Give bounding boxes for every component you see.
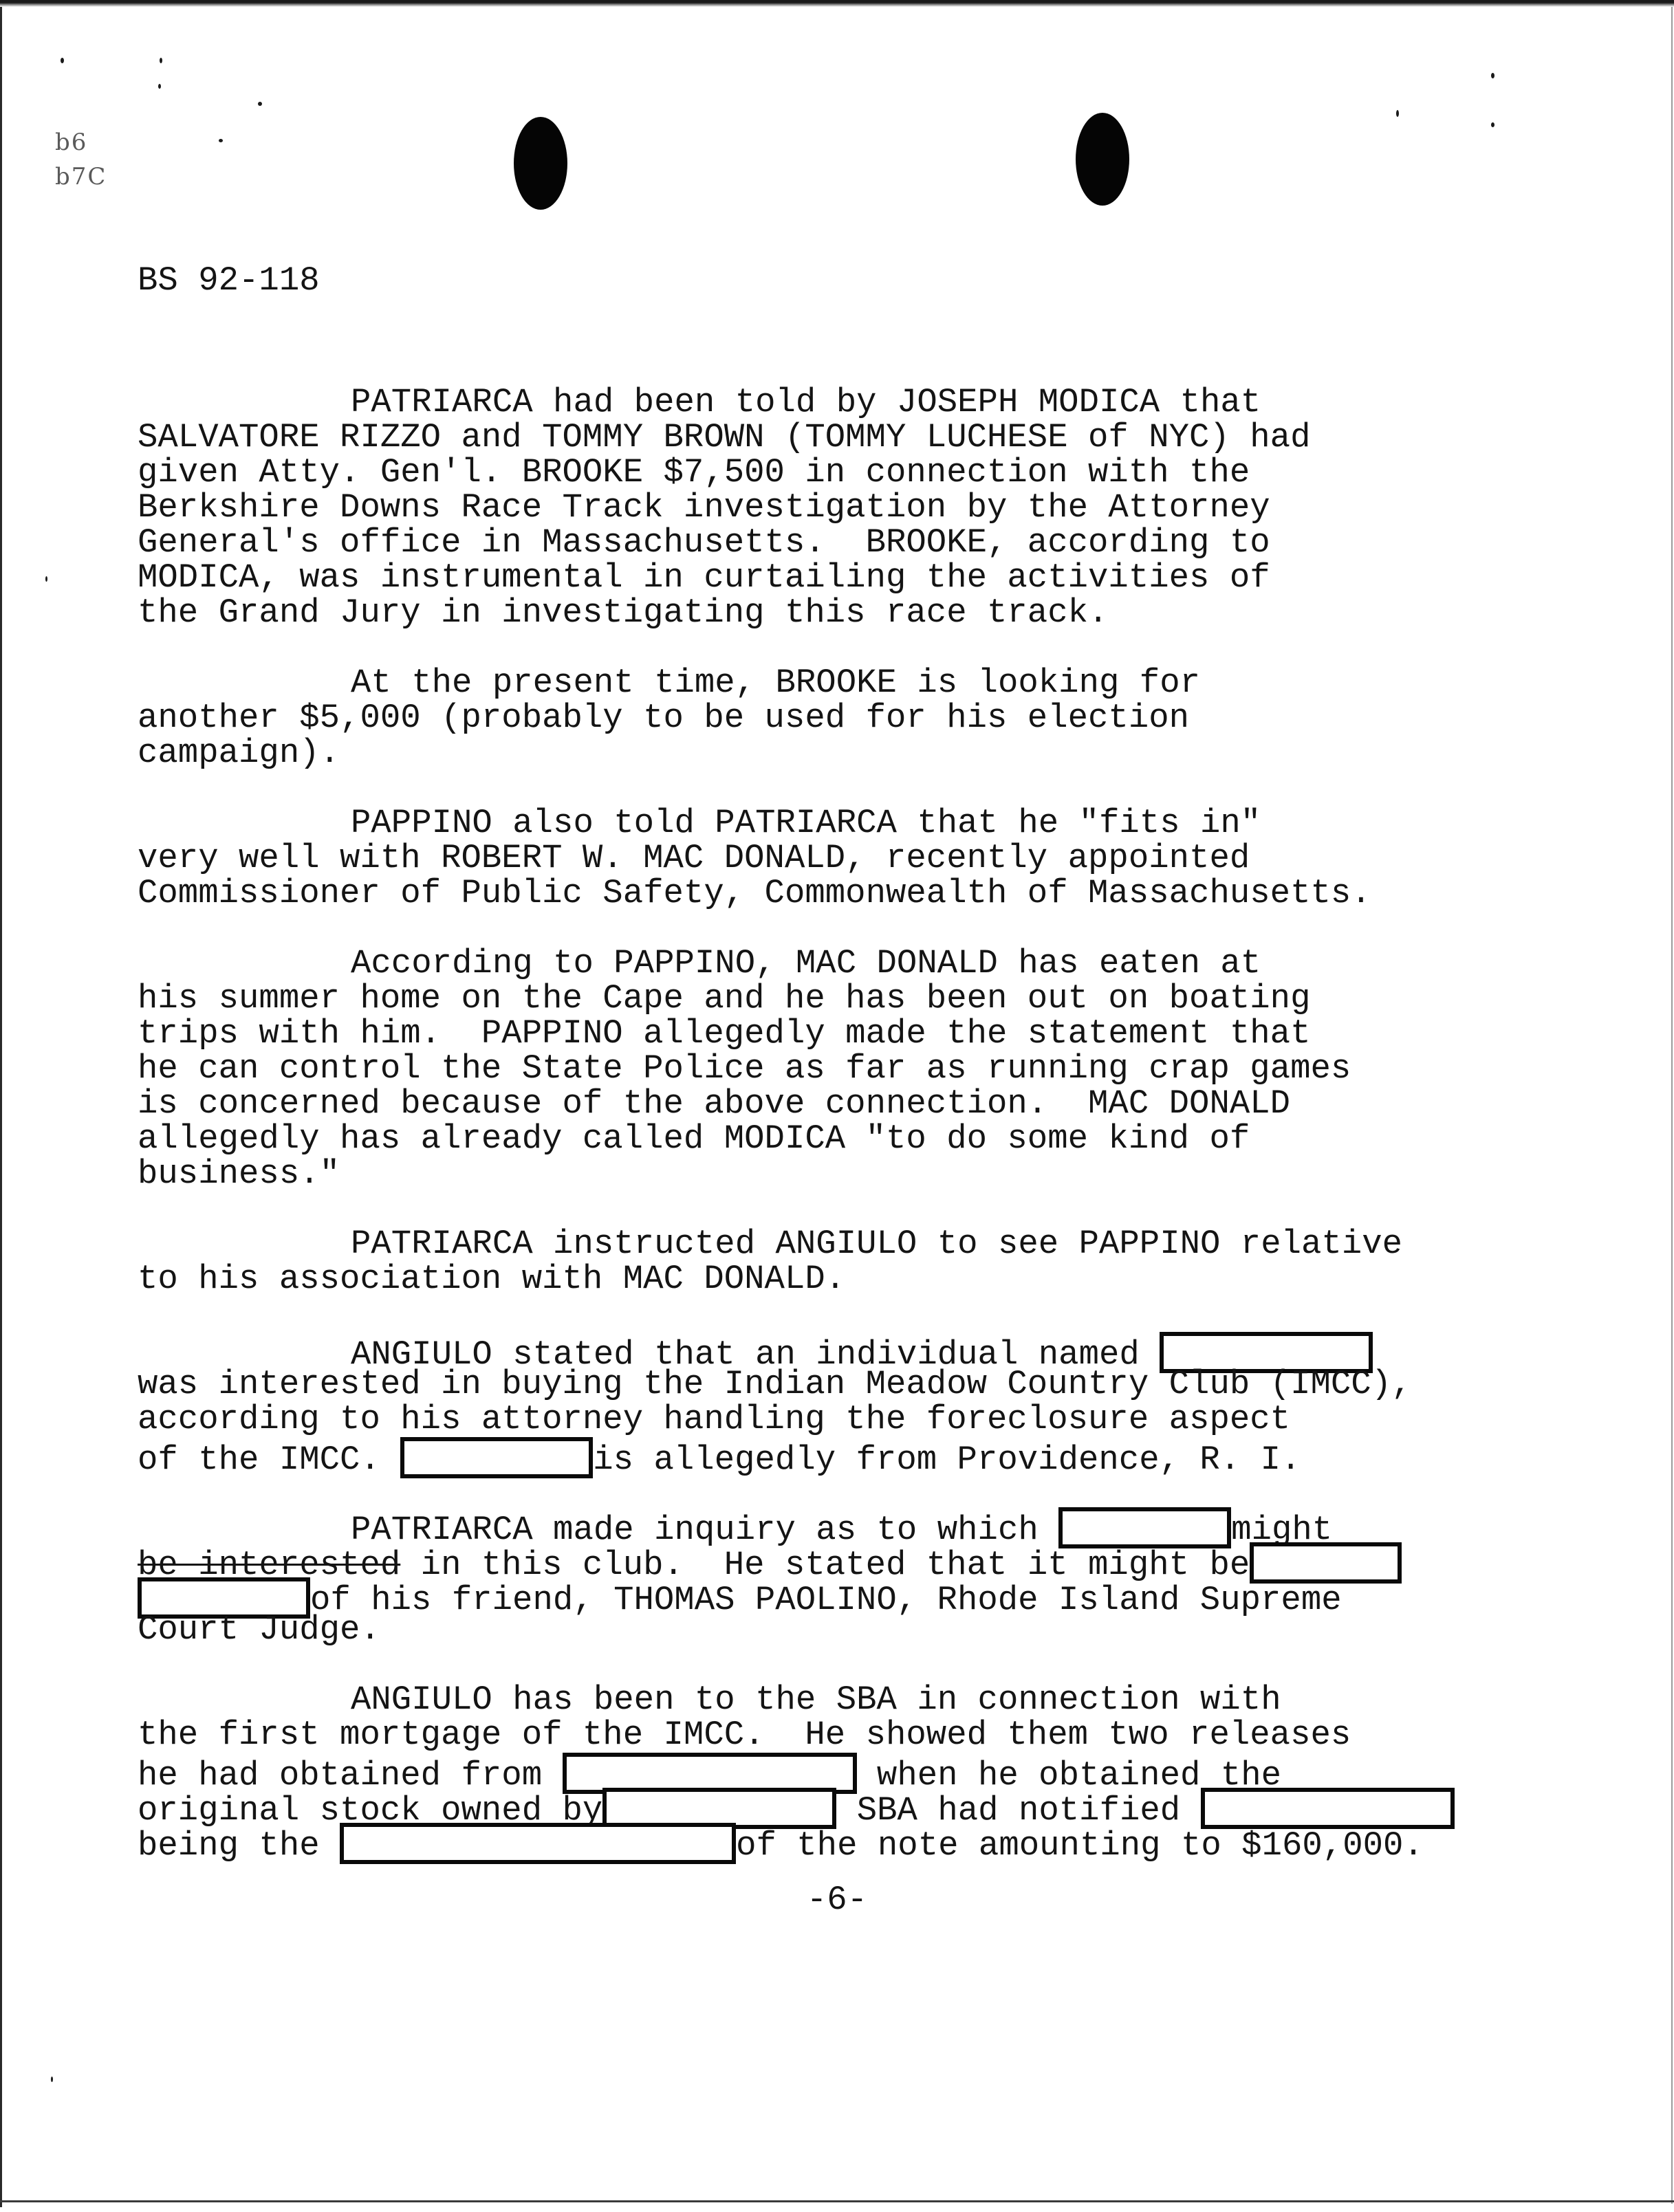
scan-speck (1491, 122, 1494, 127)
text-segment: is concerned because of the above connec… (138, 1084, 1290, 1123)
text-segment: the first mortgage of the IMCC. He showe… (138, 1716, 1351, 1754)
text-segment: being the (138, 1826, 340, 1865)
scan-speck (61, 58, 64, 63)
text-line: According to PAPPINO, MAC DONALD has eat… (351, 946, 1261, 981)
text-segment: to his association with MAC DONALD. (138, 1260, 845, 1298)
text-segment: Berkshire Downs Race Track investigation… (138, 488, 1270, 527)
text-line: he had obtained from when he obtained th… (138, 1753, 1281, 1788)
text-segment: the Grand Jury in investigating this rac… (138, 593, 1108, 632)
text-segment: very well with ROBERT W. MAC DONALD, rec… (138, 839, 1250, 877)
text-segment: PATRIARCA instructed ANGIULO to see PAPP… (351, 1225, 1402, 1263)
scan-speck (160, 58, 162, 63)
text-line: PATRIARCA made inquiry as to which might (351, 1507, 1332, 1542)
scan-speck (1491, 73, 1494, 78)
text-line: was interested in buying the Indian Mead… (138, 1367, 1412, 1402)
document-page: b6 b7C BS 92-118 PATRIARCA had been told… (0, 0, 1674, 2212)
text-line: to his association with MAC DONALD. (138, 1262, 845, 1297)
text-line: very well with ROBERT W. MAC DONALD, rec… (138, 841, 1250, 876)
text-segment: according to his attorney handling the f… (138, 1400, 1290, 1438)
text-line: campaign). (138, 736, 340, 771)
exemption-code-b6: b6 (55, 129, 87, 156)
text-segment: is allegedly from Providence, R. I. (593, 1441, 1301, 1479)
text-line: the Grand Jury in investigating this rac… (138, 595, 1108, 631)
page-number: -6- (0, 1881, 1674, 1919)
text-segment: another $5,000 (probably to be used for … (138, 699, 1189, 737)
text-line: his summer home on the Cape and he has b… (138, 981, 1310, 1016)
text-line: another $5,000 (probably to be used for … (138, 701, 1189, 736)
scan-speck (1396, 110, 1399, 117)
text-line: Berkshire Downs Race Track investigation… (138, 490, 1270, 525)
text-segment: MODICA, was instrumental in curtailing t… (138, 558, 1270, 597)
scan-edge-bottom (0, 2200, 1674, 2202)
scan-edge-right (1671, 7, 1673, 2204)
text-line: At the present time, BROOKE is looking f… (351, 666, 1200, 701)
text-segment: was interested in buying the Indian Mead… (138, 1365, 1412, 1403)
text-segment: business." (138, 1154, 340, 1193)
file-number: BS 92-118 (138, 261, 320, 300)
scan-edge-left (0, 7, 2, 2207)
text-segment: of the IMCC. (138, 1441, 400, 1479)
text-line: allegedly has already called MODICA "to … (138, 1121, 1250, 1157)
text-segment: his summer home on the Cape and he has b… (138, 979, 1310, 1018)
text-segment: trips with him. PAPPINO allegedly made t… (138, 1014, 1310, 1053)
redaction-box (400, 1437, 593, 1478)
redaction-box (340, 1823, 736, 1864)
text-line: original stock owned by SBA had notified (138, 1788, 1455, 1823)
scan-speck (219, 139, 223, 142)
text-line: of the IMCC. is allegedly from Providenc… (138, 1437, 1301, 1472)
text-line: being the of the note amounting to $160,… (138, 1823, 1424, 1858)
text-segment: Commissioner of Public Safety, Commonwea… (138, 874, 1371, 912)
scan-speck (258, 102, 262, 106)
text-line: be interested in this club. He stated th… (138, 1542, 1402, 1577)
text-line: of his friend, THOMAS PAOLINO, Rhode Isl… (138, 1577, 1342, 1612)
text-line: ANGIULO stated that an individual named (351, 1332, 1373, 1367)
scan-speck (158, 84, 161, 89)
text-line: SALVATORE RIZZO and TOMMY BROWN (TOMMY L… (138, 420, 1310, 455)
text-segment: given Atty. Gen'l. BROOKE $7,500 in conn… (138, 453, 1250, 492)
punch-hole-right (1076, 113, 1129, 206)
text-line: MODICA, was instrumental in curtailing t… (138, 560, 1270, 595)
text-line: PATRIARCA had been told by JOSEPH MODICA… (351, 385, 1261, 420)
text-segment: of the note amounting to $160,000. (736, 1826, 1424, 1865)
text-segment: ANGIULO has been to the SBA in connectio… (351, 1680, 1281, 1719)
scan-speck (51, 2077, 53, 2082)
text-segment: At the present time, BROOKE is looking f… (351, 664, 1200, 702)
text-line: trips with him. PAPPINO allegedly made t… (138, 1016, 1310, 1051)
text-line: General's office in Massachusetts. BROOK… (138, 525, 1270, 560)
text-line: he can control the State Police as far a… (138, 1051, 1351, 1086)
exemption-code-b7c: b7C (55, 163, 107, 190)
text-line: ANGIULO has been to the SBA in connectio… (351, 1683, 1281, 1718)
text-segment: SALVATORE RIZZO and TOMMY BROWN (TOMMY L… (138, 418, 1310, 457)
text-segment: PAPPINO also told PATRIARCA that he "fit… (351, 804, 1261, 842)
text-line: business." (138, 1157, 340, 1192)
text-segment: General's office in Massachusetts. BROOK… (138, 523, 1270, 562)
text-line: is concerned because of the above connec… (138, 1086, 1290, 1121)
text-line: PATRIARCA instructed ANGIULO to see PAPP… (351, 1227, 1402, 1262)
text-line: given Atty. Gen'l. BROOKE $7,500 in conn… (138, 455, 1250, 490)
text-line: according to his attorney handling the f… (138, 1402, 1290, 1437)
text-line: Court Judge. (138, 1612, 380, 1647)
text-segment: According to PAPPINO, MAC DONALD has eat… (351, 944, 1261, 983)
text-segment: PATRIARCA had been told by JOSEPH MODICA… (351, 383, 1261, 421)
text-segment: of his friend, THOMAS PAOLINO, Rhode Isl… (310, 1581, 1342, 1619)
text-line: the first mortgage of the IMCC. He showe… (138, 1718, 1351, 1753)
scan-edge-top (0, 0, 1674, 7)
text-segment: allegedly has already called MODICA "to … (138, 1119, 1250, 1158)
text-line: Commissioner of Public Safety, Commonwea… (138, 876, 1371, 911)
text-segment: campaign). (138, 734, 340, 772)
text-segment: he can control the State Police as far a… (138, 1049, 1351, 1088)
text-line: PAPPINO also told PATRIARCA that he "fit… (351, 806, 1261, 841)
text-segment: Court Judge. (138, 1610, 380, 1649)
scan-speck (45, 576, 47, 582)
punch-hole-left (514, 117, 567, 210)
